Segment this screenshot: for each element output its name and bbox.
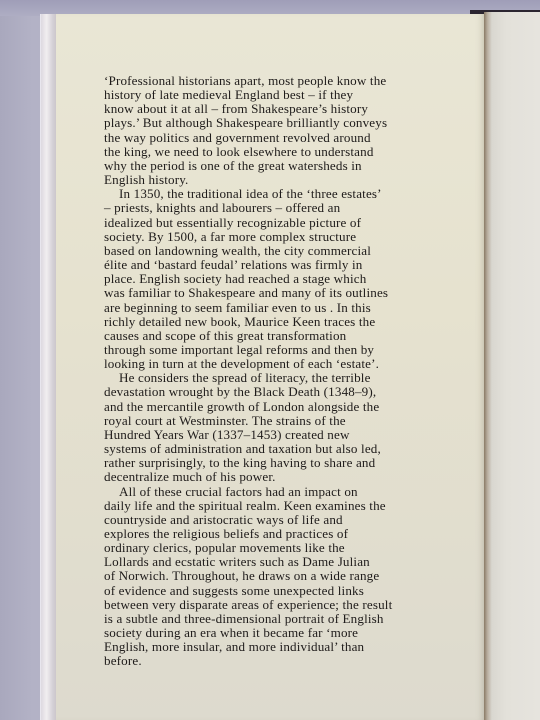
text-line: and the mercantile growth of London alon… [104,400,444,414]
book-spine-edge [40,14,57,720]
blurb-text: ‘Professional historians apart, most peo… [104,74,444,669]
jacket-flap-page: ‘Professional historians apart, most peo… [56,14,484,720]
text-line: Hundred Years War (1337–1453) created ne… [104,428,444,442]
text-line: looking in turn at the development of ea… [104,357,444,371]
text-line: the king, we need to look elsewhere to u… [104,145,444,159]
text-line: causes and scope of this great transform… [104,329,444,343]
text-line: between very disparate areas of experien… [104,598,444,612]
text-line: of evidence and suggests some unexpected… [104,584,444,598]
text-line: of Norwich. Throughout, he draws on a wi… [104,569,444,583]
text-line: plays.’ But although Shakespeare brillia… [104,116,444,130]
text-line: the way politics and government revolved… [104,131,444,145]
text-line: society during an era when it became far… [104,626,444,640]
text-line: countryside and aristocratic ways of lif… [104,513,444,527]
text-line: English, more insular, and more individu… [104,640,444,654]
paragraph: ‘Professional historians apart, most peo… [104,74,444,187]
text-line: idealized but essentially recognizable p… [104,216,444,230]
text-line: English history. [104,173,444,187]
text-line: before. [104,654,444,668]
text-line: élite and ‘bastard feudal’ relations was… [104,258,444,272]
text-line: why the period is one of the great water… [104,159,444,173]
text-line: devastation wrought by the Black Death (… [104,385,444,399]
text-line: – priests, knights and labourers – offer… [104,201,444,215]
text-line: daily life and the spiritual realm. Keen… [104,499,444,513]
text-line: know about it at all – from Shakespeare’… [104,102,444,116]
text-line: systems of administration and taxation b… [104,442,444,456]
text-line: richly detailed new book, Maurice Keen t… [104,315,444,329]
text-line: is a subtle and three-dimensional portra… [104,612,444,626]
text-line: ordinary clerics, popular movements like… [104,541,444,555]
text-line: explores the religious beliefs and pract… [104,527,444,541]
text-line: Lollards and ecstatic writers such as Da… [104,555,444,569]
text-line: history of late medieval England best – … [104,88,444,102]
text-line: rather surprisingly, to the king having … [104,456,444,470]
text-line: In 1350, the traditional idea of the ‘th… [104,187,444,201]
text-line: based on landowning wealth, the city com… [104,244,444,258]
text-line: All of these crucial factors had an impa… [104,485,444,499]
text-line: royal court at Westminster. The strains … [104,414,444,428]
paragraph: He considers the spread of literacy, the… [104,371,444,484]
text-line: are beginning to seem familiar even to u… [104,301,444,315]
text-line: was familiar to Shakespeare and many of … [104,286,444,300]
text-line: through some important legal reforms and… [104,343,444,357]
text-line: decentralize much of his power. [104,470,444,484]
paragraph: In 1350, the traditional idea of the ‘th… [104,187,444,371]
paragraph: All of these crucial factors had an impa… [104,485,444,669]
text-line: ‘Professional historians apart, most peo… [104,74,444,88]
text-line: place. English society had reached a sta… [104,272,444,286]
adjacent-page [484,12,540,720]
text-line: He considers the spread of literacy, the… [104,371,444,385]
text-line: society. By 1500, a far more complex str… [104,230,444,244]
